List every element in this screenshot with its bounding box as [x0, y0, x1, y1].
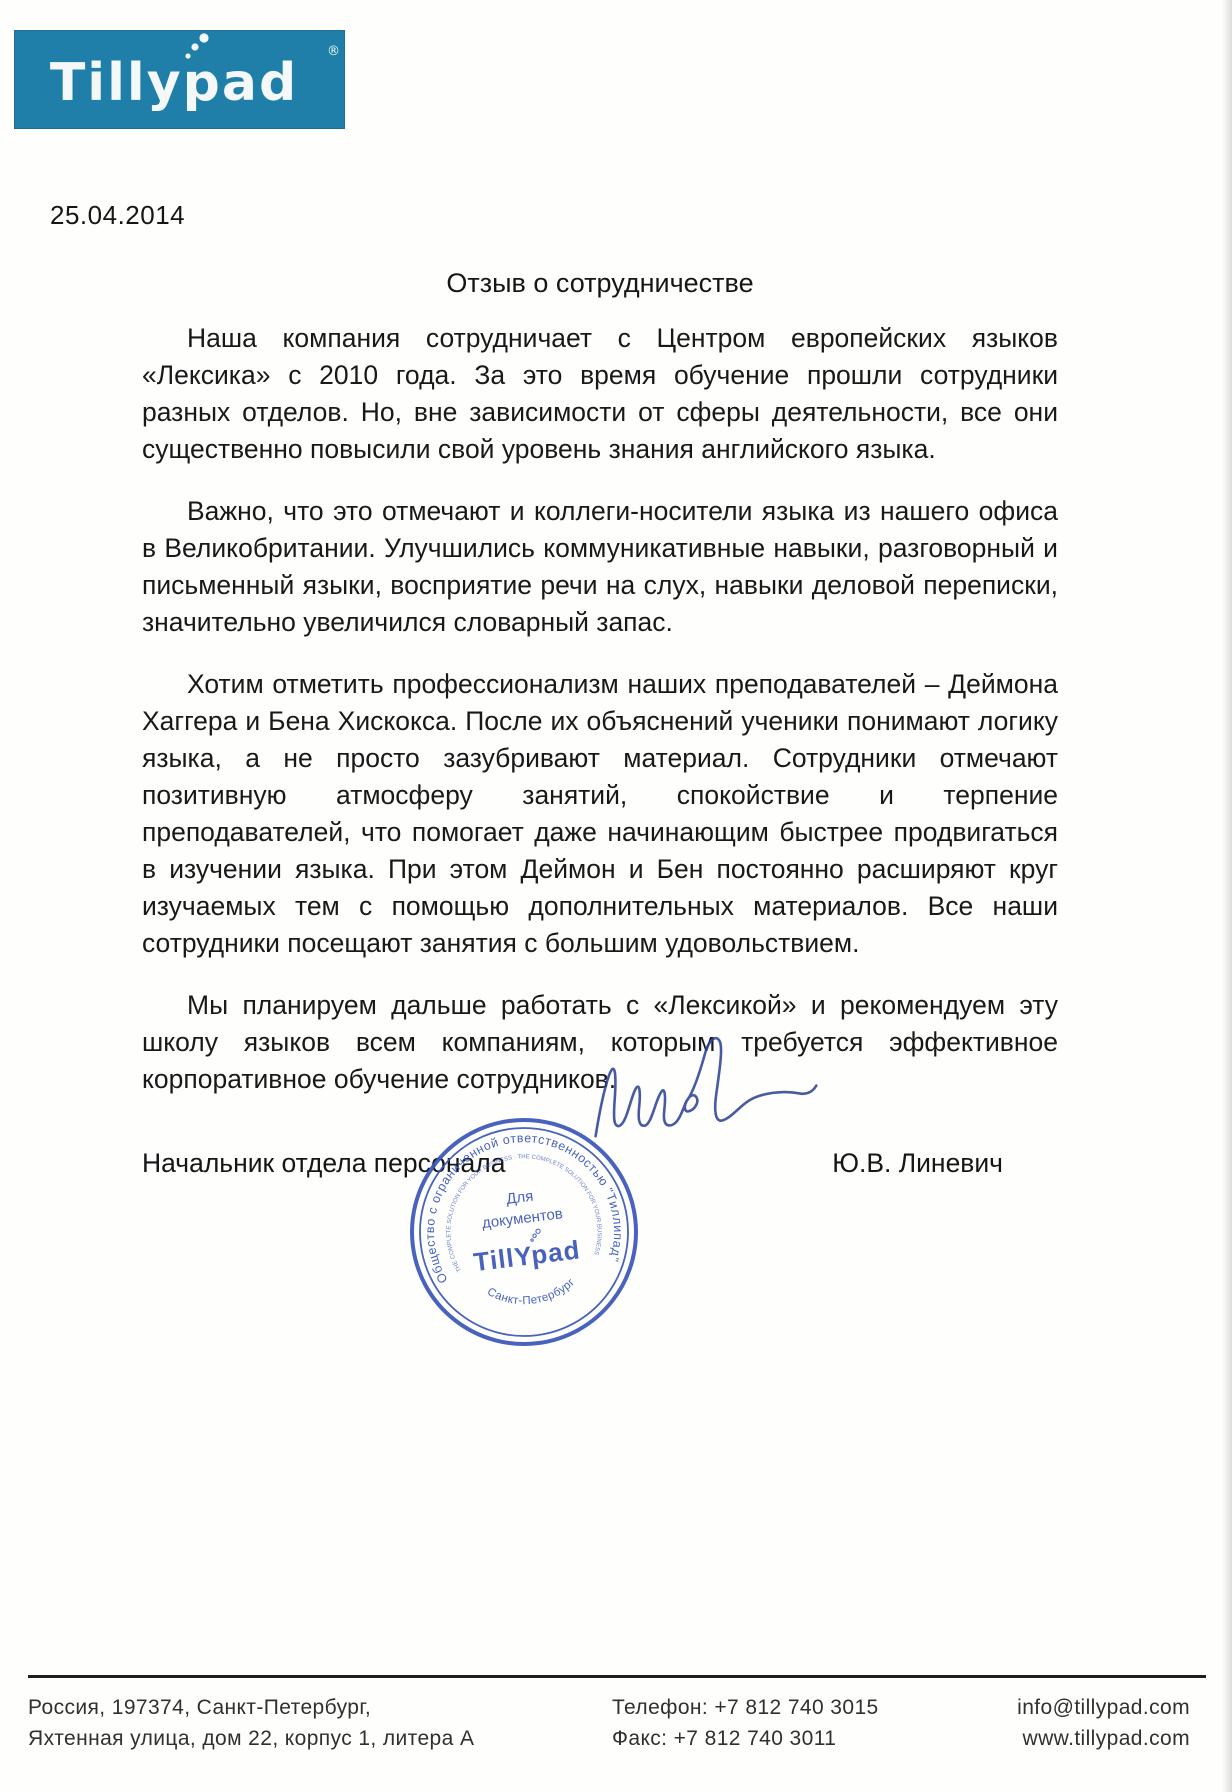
stamp-purpose-line1: Для: [505, 1188, 534, 1208]
paragraph-1: Наша компания сотрудничает с Центром евр…: [142, 320, 1058, 468]
letter-date: 25.04.2014: [50, 200, 185, 231]
footer-phone: Телефон: +7 812 740 3015: [612, 1692, 879, 1723]
stamp-city: Санкт-Петербург: [484, 1275, 579, 1312]
tillypad-logo-icon: Tillypad ®: [14, 30, 345, 129]
paragraph-3: Хотим отметить профессионализм наших пре…: [142, 666, 1058, 962]
stamp-inner-ring: [408, 1116, 640, 1348]
footer-address-line1: Россия, 197374, Санкт-Петербург,: [28, 1692, 474, 1723]
scanned-letter-page: Tillypad ® 25.04.2014 Отзыв о сотрудниче…: [0, 0, 1232, 1792]
footer-address-line2: Яхтенная улица, дом 22, корпус 1, литера…: [28, 1723, 474, 1754]
footer-address: Россия, 197374, Санкт-Петербург, Яхтенна…: [28, 1692, 474, 1754]
letter-body: Наша компания сотрудничает с Центром евр…: [142, 320, 1058, 1123]
footer-divider: [28, 1675, 1206, 1678]
tillypad-logo: Tillypad ®: [14, 30, 345, 129]
scan-edge-artifact: [1222, 0, 1232, 1792]
stamp-purpose-line2: документов: [481, 1205, 564, 1232]
footer-web: info@tillypad.com www.tillypad.com: [1017, 1692, 1190, 1754]
registered-mark: ®: [327, 44, 340, 59]
paragraph-2: Важно, что это отмечают и коллеги-носите…: [142, 493, 1058, 641]
brand-wordmark: Tillypad: [50, 53, 298, 113]
footer-email: info@tillypad.com: [1017, 1692, 1190, 1723]
footer-contacts: Телефон: +7 812 740 3015 Факс: +7 812 74…: [612, 1692, 879, 1754]
signer-name: Ю.В. Линевич: [832, 1148, 1003, 1179]
footer-fax: Факс: +7 812 740 3011: [612, 1723, 879, 1754]
footer-website: www.tillypad.com: [1017, 1723, 1190, 1754]
stamp-brand-wordmark: TillYpad: [472, 1234, 582, 1277]
letter-title: Отзыв о сотрудничестве: [142, 268, 1058, 299]
company-stamp: Общество с ограниченной ответственностью…: [385, 1093, 664, 1372]
